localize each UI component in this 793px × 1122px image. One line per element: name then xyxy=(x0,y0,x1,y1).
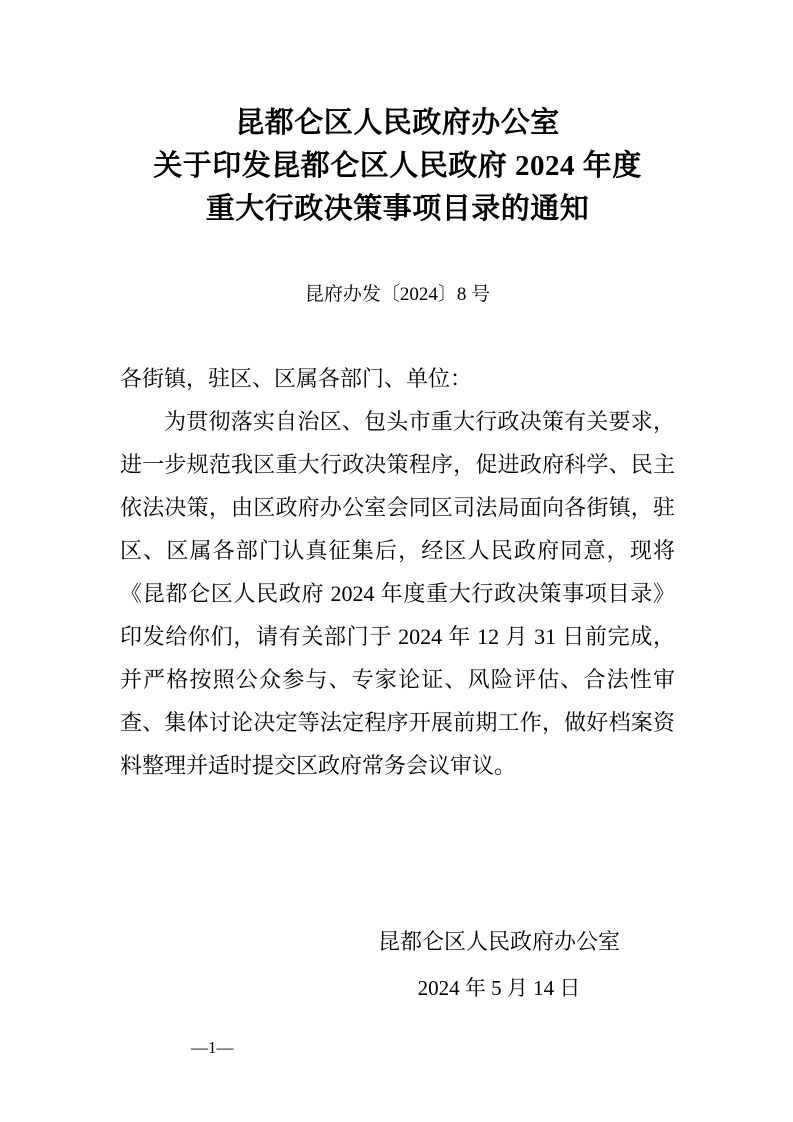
document-title: 昆都仑区人民政府办公室 关于印发昆都仑区人民政府 2024 年度 重大行政决策事… xyxy=(120,102,675,231)
title-line-3: 重大行政决策事项目录的通知 xyxy=(120,188,675,231)
body-paragraph: 为贯彻落实自治区、包头市重大行政决策有关要求，进一步规范我区重大行政决策程序，促… xyxy=(120,400,675,787)
issue-date: 2024 年 5 月 14 日 xyxy=(373,965,625,1011)
salutation: 各街镇，驻区、区属各部门、单位： xyxy=(120,357,675,400)
signature-block: 昆都仑区人民政府办公室 2024 年 5 月 14 日 xyxy=(373,919,625,1011)
title-line-1: 昆都仑区人民政府办公室 xyxy=(120,102,675,145)
document-page: 昆都仑区人民政府办公室 关于印发昆都仑区人民政府 2024 年度 重大行政决策事… xyxy=(0,0,793,1122)
title-line-2: 关于印发昆都仑区人民政府 2024 年度 xyxy=(120,145,675,188)
issuing-office-signature: 昆都仑区人民政府办公室 xyxy=(373,919,625,965)
page-number: —1— xyxy=(191,1036,234,1060)
document-content: 昆都仑区人民政府办公室 关于印发昆都仑区人民政府 2024 年度 重大行政决策事… xyxy=(0,102,793,1011)
document-number: 昆府办发〔2024〕8 号 xyxy=(120,283,675,307)
document-body: 各街镇，驻区、区属各部门、单位： 为贯彻落实自治区、包头市重大行政决策有关要求，… xyxy=(120,357,675,787)
